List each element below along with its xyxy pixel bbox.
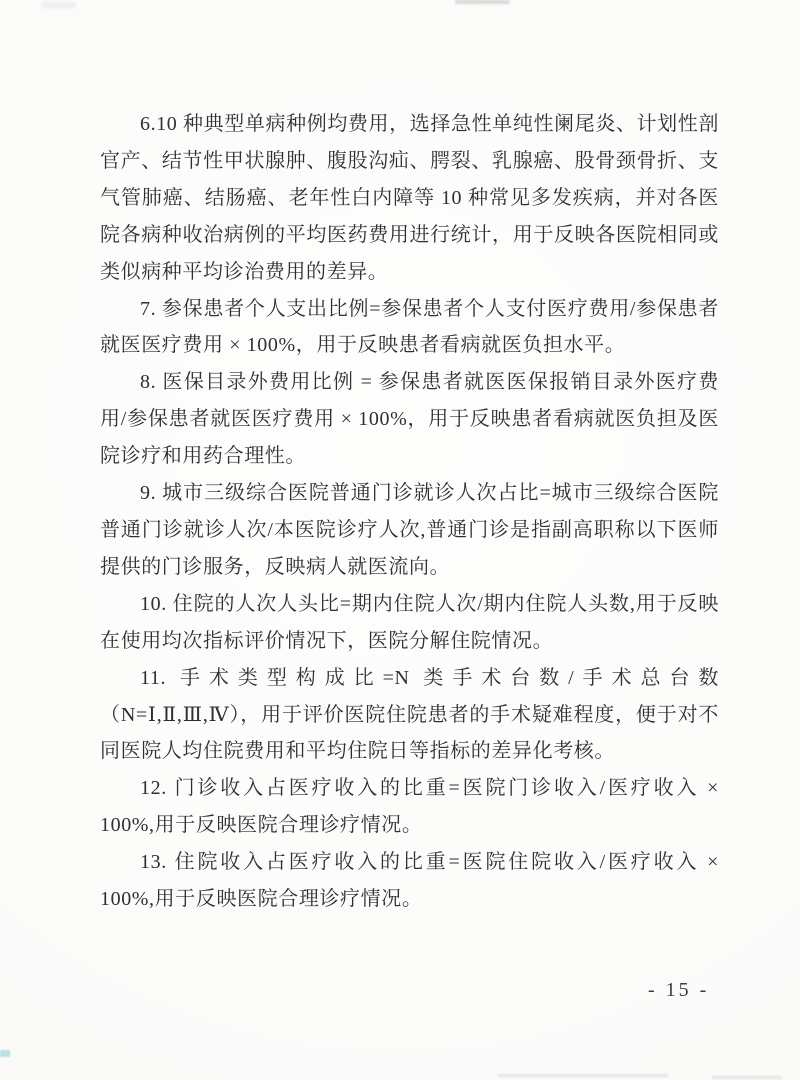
paragraph-9: 9. 城市三级综合医院普通门诊就诊人次占比=城市三级综合医院普通门诊就诊人次/本…	[100, 475, 719, 586]
scan-artifact-top-center	[455, 0, 510, 4]
paragraph-8: 8. 医保目录外费用比例 = 参保患者就医医保报销目录外医疗费用/参保患者就医医…	[100, 364, 719, 475]
page-number: - 15 -	[648, 979, 709, 1002]
scan-artifact-bottom-left	[0, 1050, 10, 1057]
paragraph-11: 11. 手术类型构成比=N 类手术台数/手术总台数（N=Ⅰ,Ⅱ,Ⅲ,Ⅳ），用于评…	[100, 660, 719, 771]
scan-artifact-bottom-edge	[712, 1076, 782, 1079]
scan-artifact-top-left	[42, 2, 76, 8]
scanned-document-page: 6.10 种典型单病种例均费用，选择急性单纯性阑尾炎、计划性剖官产、结节性甲状腺…	[0, 0, 800, 1080]
document-body-text: 6.10 种典型单病种例均费用，选择急性单纯性阑尾炎、计划性剖官产、结节性甲状腺…	[100, 106, 719, 918]
paragraph-12: 12. 门诊收入占医疗收入的比重=医院门诊收入/医疗收入 × 100%,用于反映…	[100, 770, 719, 844]
paragraph-7: 7. 参保患者个人支出比例=参保患者个人支付医疗费用/参保患者就医医疗费用 × …	[100, 291, 719, 365]
scan-artifact-bottom-edge	[498, 1074, 668, 1077]
paragraph-13: 13. 住院收入占医疗收入的比重=医院住院收入/医疗收入 × 100%,用于反映…	[100, 844, 719, 918]
paragraph-10: 10. 住院的人次人头比=期内住院人次/期内住院人头数,用于反映在使用均次指标评…	[100, 586, 719, 660]
paragraph-6: 6.10 种典型单病种例均费用，选择急性单纯性阑尾炎、计划性剖官产、结节性甲状腺…	[100, 106, 719, 291]
